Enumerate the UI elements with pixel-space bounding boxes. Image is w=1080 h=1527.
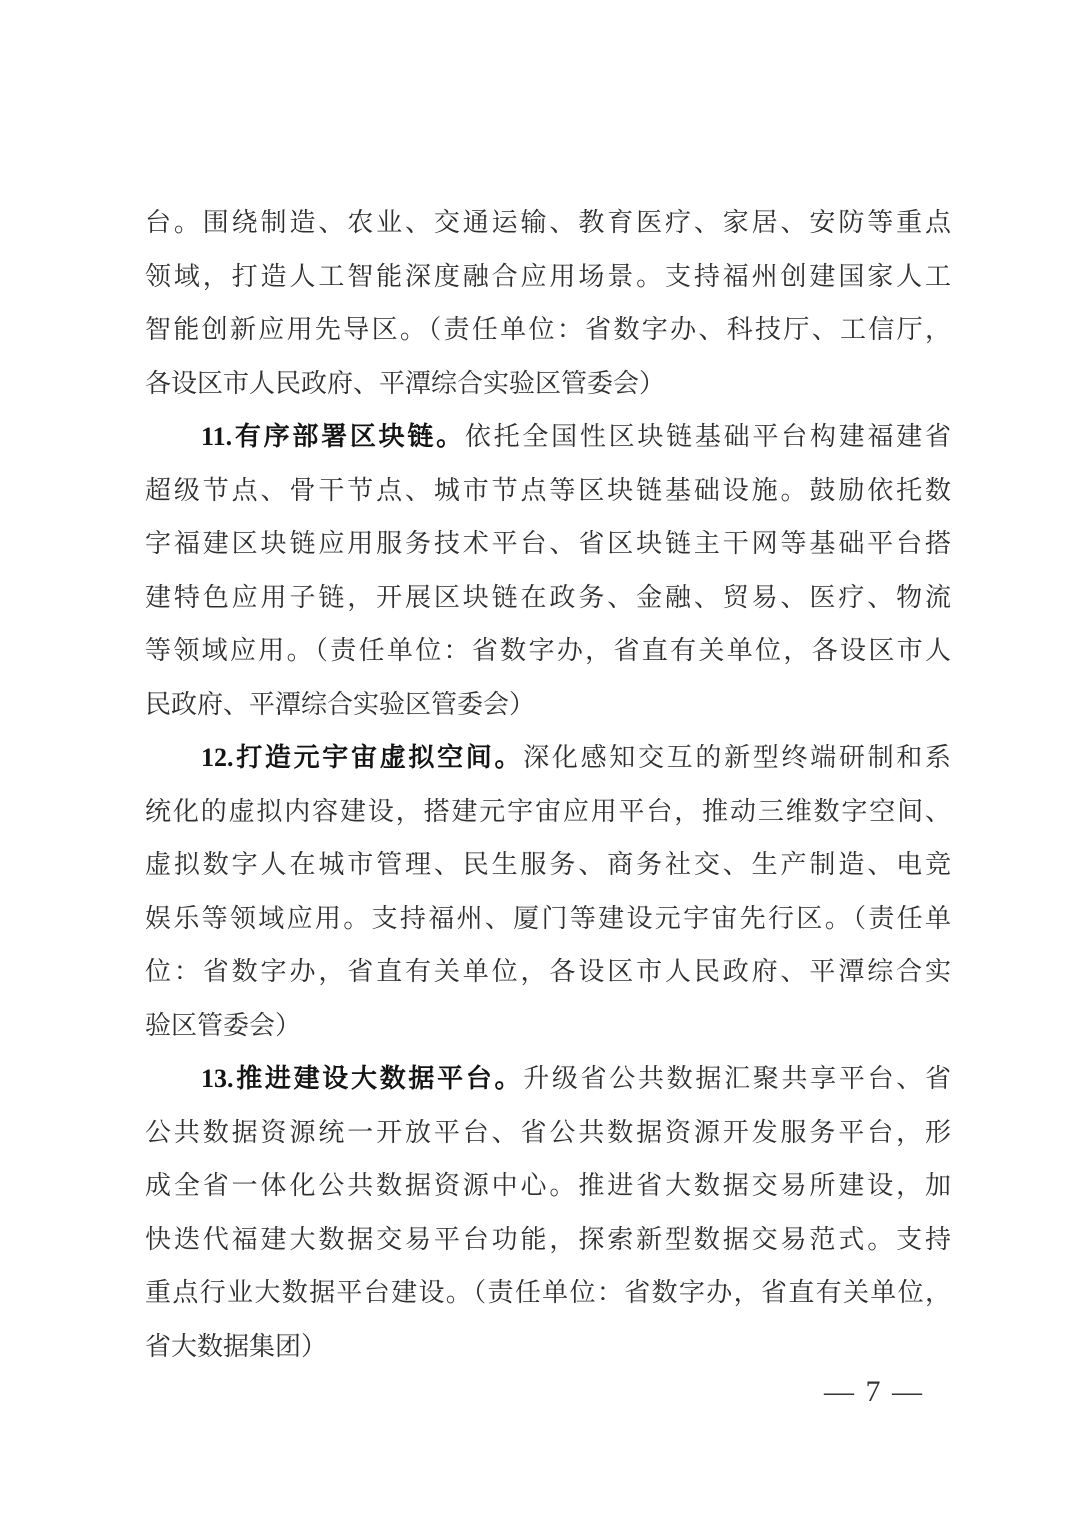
text-line: 快迭代福建大数据交易平台功能，探索新型数据交易范式。支持 [145,1213,951,1267]
text-line: 虚拟数字人在城市管理、民生服务、商务社交、生产制造、电竞 [145,838,951,892]
text-line-item-13: 13.推进建设大数据平台。升级省公共数据汇聚共享平台、省 [145,1052,951,1106]
document-text-block: 台。围绕制造、农业、交通运输、教育医疗、家居、安防等重点 领域，打造人工智能深度… [145,196,951,1373]
item-12-heading: 12.打造元宇宙虚拟空间。 [201,743,523,772]
text-line: 台。围绕制造、农业、交通运输、教育医疗、家居、安防等重点 [145,196,951,250]
text-line: 娱乐等领域应用。支持福州、厦门等建设元宇宙先行区。（责任单 [145,892,951,946]
text-line: 智能创新应用先导区。（责任单位：省数字办、科技厅、工信厅， [145,303,951,357]
text-line: 公共数据资源统一开放平台、省公共数据资源开发服务平台，形 [145,1106,951,1160]
text-line: 省大数据集团） [145,1320,951,1374]
text-line: 等领域应用。（责任单位：省数字办，省直有关单位，各设区市人 [145,624,951,678]
text-line: 验区管委会） [145,999,951,1053]
item-12-lead: 深化感知交互的新型终端研制和系 [523,743,951,772]
text-line: 各设区市人民政府、平潭综合实验区管委会） [145,357,951,411]
page-number: — 7 — [824,1372,924,1412]
text-line: 字福建区块链应用服务技术平台、省区块链主干网等基础平台搭 [145,517,951,571]
text-line: 建特色应用子链，开展区块链在政务、金融、贸易、医疗、物流 [145,571,951,625]
document-page: 台。围绕制造、农业、交通运输、教育医疗、家居、安防等重点 领域，打造人工智能深度… [0,0,1080,1527]
text-line: 位：省数字办，省直有关单位，各设区市人民政府、平潭综合实 [145,945,951,999]
item-11-lead: 依托全国性区块链基础平台构建福建省 [465,422,951,451]
text-line: 民政府、平潭综合实验区管委会） [145,678,951,732]
text-line-item-12: 12.打造元宇宙虚拟空间。深化感知交互的新型终端研制和系 [145,731,951,785]
item-13-lead: 升级省公共数据汇聚共享平台、省 [523,1064,951,1093]
text-line-item-11: 11.有序部署区块链。依托全国性区块链基础平台构建福建省 [145,410,951,464]
item-11-heading: 11.有序部署区块链。 [201,422,465,451]
item-13-heading: 13.推进建设大数据平台。 [201,1064,523,1093]
text-line: 统化的虚拟内容建设，搭建元宇宙应用平台，推动三维数字空间、 [145,785,951,839]
text-line: 领域，打造人工智能深度融合应用场景。支持福州创建国家人工 [145,250,951,304]
text-line: 重点行业大数据平台建设。（责任单位：省数字办，省直有关单位， [145,1266,951,1320]
text-line: 超级节点、骨干节点、城市节点等区块链基础设施。鼓励依托数 [145,464,951,518]
text-line: 成全省一体化公共数据资源中心。推进省大数据交易所建设，加 [145,1159,951,1213]
